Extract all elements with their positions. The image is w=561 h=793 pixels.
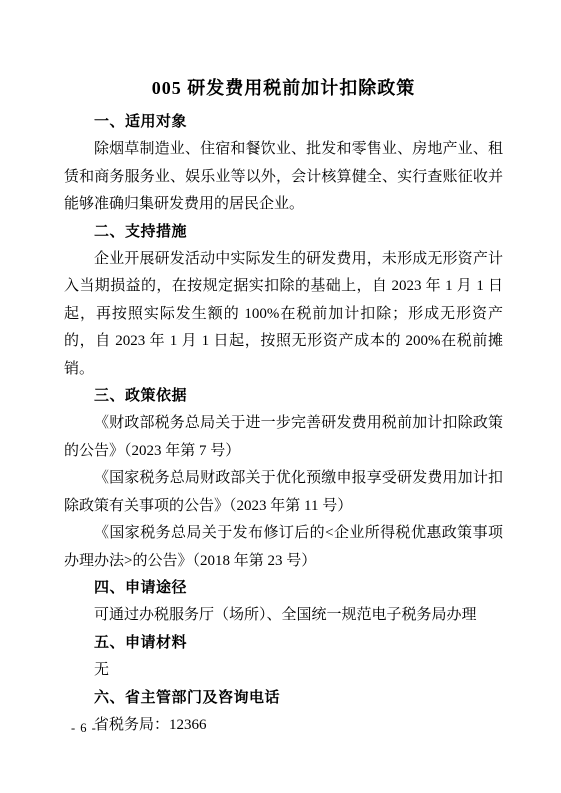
paragraph: 《财政部税务总局关于进一步完善研发费用税前加计扣除政策的公告》（2023 年第 … <box>64 410 503 465</box>
section-heading: 二、支持措施 <box>64 219 503 246</box>
paragraph: 《国家税务总局财政部关于优化预缴申报享受研发费用加计扣除政策有关事项的公告》（2… <box>64 465 503 520</box>
section-authority-contact: 六、省主管部门及咨询电话 省税务局：12366 <box>64 685 503 740</box>
document-page: 005 研发费用税前加计扣除政策 一、适用对象 除烟草制造业、住宿和餐饮业、批发… <box>0 0 561 793</box>
paragraph: 企业开展研发活动中实际发生的研发费用，未形成无形资产计入当期损益的，在按规定据实… <box>64 246 503 383</box>
paragraph: 无 <box>64 657 503 684</box>
section-application-materials: 五、申请材料 无 <box>64 630 503 685</box>
section-policy-basis: 三、政策依据 《财政部税务总局关于进一步完善研发费用税前加计扣除政策的公告》（2… <box>64 383 503 575</box>
section-heading: 六、省主管部门及咨询电话 <box>64 685 503 712</box>
page-title: 005 研发费用税前加计扣除政策 <box>64 74 503 102</box>
section-support-measures: 二、支持措施 企业开展研发活动中实际发生的研发费用，未形成无形资产计入当期损益的… <box>64 219 503 383</box>
section-applicable-objects: 一、适用对象 除烟草制造业、住宿和餐饮业、批发和零售业、房地产业、租赁和商务服务… <box>64 109 503 219</box>
section-heading: 三、政策依据 <box>64 383 503 410</box>
section-heading: 一、适用对象 <box>64 109 503 136</box>
paragraph: 可通过办税服务厅（场所）、全国统一规范电子税务局办理 <box>64 602 503 629</box>
section-application-channel: 四、申请途径 可通过办税服务厅（场所）、全国统一规范电子税务局办理 <box>64 575 503 630</box>
paragraph: 省税务局：12366 <box>64 712 503 739</box>
paragraph: 《国家税务总局关于发布修订后的<企业所得税优惠政策事项办理办法>的公告》（201… <box>64 520 503 575</box>
section-heading: 四、申请途径 <box>64 575 503 602</box>
paragraph: 除烟草制造业、住宿和餐饮业、批发和零售业、房地产业、租赁和商务服务业、娱乐业等以… <box>64 136 503 218</box>
section-heading: 五、申请材料 <box>64 630 503 657</box>
page-number: - 6 - <box>71 721 97 736</box>
